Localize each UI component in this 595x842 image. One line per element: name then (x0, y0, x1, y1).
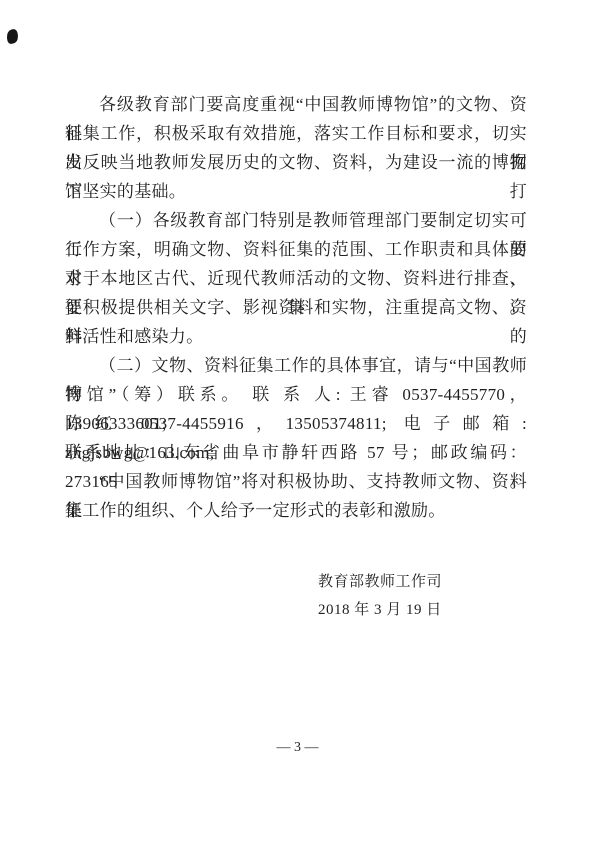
body-line: 各级教育部门要高度重视“中国教师博物馆”的文物、资料 (65, 90, 527, 119)
body-line: 陈红 0537-4455916，13505374811; 电子邮箱: zhgjs… (65, 409, 527, 438)
body-line: 工作方案，明确文物、资料征集的范围、工作职责和具体要求， (65, 235, 527, 264)
page-number: — 3 — (0, 740, 595, 756)
body-line: （二）文物、资料征集工作的具体事宜，请与“中国教师博 (65, 351, 527, 380)
body-line: 征集工作，积极采取有效措施，落实工作目标和要求，切实发掘 (65, 119, 527, 148)
scan-artifact-mark (6, 28, 19, 45)
signature-department: 教育部教师工作司 (318, 568, 442, 596)
signature-block: 教育部教师工作司 2018 年 3 月 19 日 (318, 568, 442, 624)
body-line: （一）各级教育部门特别是教师管理部门要制定切实可行的 (65, 206, 527, 235)
document-page: 各级教育部门要高度重视“中国教师博物馆”的文物、资料 征集工作，积极采取有效措施… (0, 0, 595, 842)
body-line: 要积极提供相关文字、影视资料和实物，注重提高文物、资料的 (65, 293, 527, 322)
body-line: 物馆”（筹）联系。 联 系 人: 王睿 0537-4455770，1390633… (65, 380, 527, 409)
body-line: 集工作的组织、个人给予一定形式的表彰和激励。 (65, 496, 527, 525)
document-body: 各级教育部门要高度重视“中国教师博物馆”的文物、资料 征集工作，积极采取有效措施… (65, 90, 527, 525)
body-line: “中国教师博物馆”将对积极协助、支持教师文物、资料征 (65, 467, 527, 496)
body-line: 联系地址：山东省曲阜市静轩西路 57 号；邮政编码：273165。 (65, 438, 527, 467)
body-line: 出反映当地教师发展历史的文物、资料，为建设一流的博物馆打 (65, 148, 527, 177)
signature-date: 2018 年 3 月 19 日 (318, 596, 442, 624)
body-line: 对于本地区古代、近现代教师活动的文物、资料进行排查、征集。 (65, 264, 527, 293)
